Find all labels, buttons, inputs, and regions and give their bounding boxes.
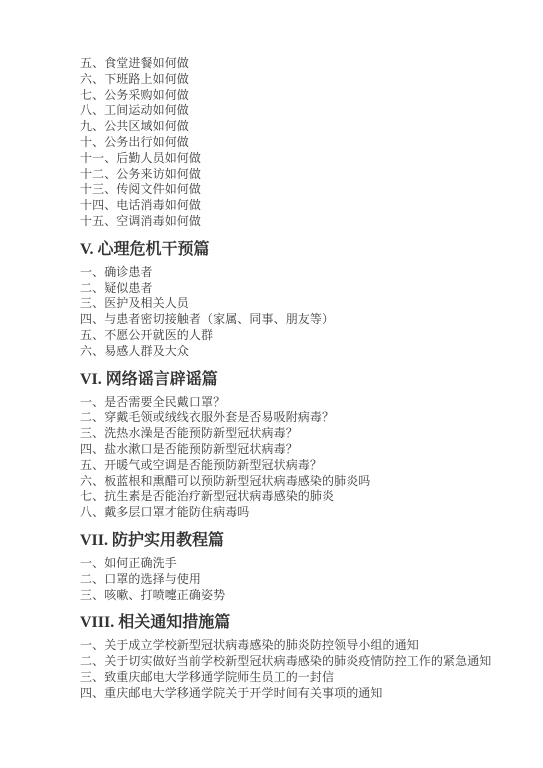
section-number: V.: [80, 241, 94, 258]
document-page: 五、食堂进餐如何做 六、下班路上如何做 七、公务采购如何做 八、工间运动如何做 …: [0, 0, 543, 768]
section-number: VI.: [80, 371, 102, 388]
list-item: 八、戴多层口罩才能防住病毒吗: [80, 505, 510, 521]
section-number: VII.: [80, 532, 108, 549]
section-list-psychological-crisis: 一、确诊患者 二、疑似患者 三、医护及相关人员 四、与患者密切接触者（家属、同事…: [80, 265, 510, 360]
list-item: 四、重庆邮电大学移通学院关于开学时间有关事项的通知: [80, 686, 510, 702]
list-item: 六、下班路上如何做: [80, 72, 510, 88]
list-item: 三、医护及相关人员: [80, 296, 510, 312]
list-item: 二、穿戴毛领或绒线衣服外套是否易吸附病毒？: [80, 410, 510, 426]
list-item: 七、抗生素是否能治疗新型冠状病毒感染的肺炎: [80, 489, 510, 505]
list-item: 五、不愿公开就医的人群: [80, 328, 510, 344]
list-item: 二、疑似患者: [80, 281, 510, 297]
list-item: 十五、空调消毒如何做: [80, 214, 510, 230]
list-item: 一、确诊患者: [80, 265, 510, 281]
section-title: 防护实用教程篇: [112, 532, 224, 549]
list-item: 三、致重庆邮电大学移通学院师生员工的一封信: [80, 670, 510, 686]
list-item: 十三、传阅文件如何做: [80, 182, 510, 198]
list-item: 十四、电话消毒如何做: [80, 198, 510, 214]
list-item: 一、如何正确洗手: [80, 556, 510, 572]
list-item: 二、关于切实做好当前学校新型冠状病毒感染的肺炎疫情防控工作的紧急通知: [80, 654, 510, 670]
list-item: 十、公务出行如何做: [80, 135, 510, 151]
document-content: 五、食堂进餐如何做 六、下班路上如何做 七、公务采购如何做 八、工间运动如何做 …: [80, 56, 510, 702]
continuation-list: 五、食堂进餐如何做 六、下班路上如何做 七、公务采购如何做 八、工间运动如何做 …: [80, 56, 510, 230]
list-item: 十一、后勤人员如何做: [80, 151, 510, 167]
list-item: 一、关于成立学校新型冠状病毒感染的肺炎防控领导小组的通知: [80, 638, 510, 654]
list-item: 五、食堂进餐如何做: [80, 56, 510, 72]
list-item: 九、公共区域如何做: [80, 119, 510, 135]
list-item: 二、口罩的选择与使用: [80, 572, 510, 588]
list-item: 十二、公务来访如何做: [80, 167, 510, 183]
list-item: 五、开暖气或空调是否能预防新型冠状病毒？: [80, 458, 510, 474]
section-title: 心理危机干预篇: [98, 241, 210, 258]
list-item: 六、易感人群及大众: [80, 344, 510, 360]
list-item: 四、盐水漱口是否能预防新型冠状病毒？: [80, 442, 510, 458]
section-heading-rumor-debunking: VI.网络谣言辟谣篇: [80, 370, 510, 390]
section-list-protection-tutorial: 一、如何正确洗手 二、口罩的选择与使用 三、咳嗽、打喷嚏正确姿势: [80, 556, 510, 603]
list-item: 三、洗热水澡是否能预防新型冠状病毒？: [80, 426, 510, 442]
list-item: 一、是否需要全民戴口罩？: [80, 395, 510, 411]
section-heading-related-notices: VIII.相关通知措施篇: [80, 613, 510, 633]
section-heading-psychological-crisis: V.心理危机干预篇: [80, 240, 510, 260]
section-list-related-notices: 一、关于成立学校新型冠状病毒感染的肺炎防控领导小组的通知 二、关于切实做好当前学…: [80, 638, 510, 701]
section-number: VIII.: [80, 614, 114, 631]
section-list-rumor-debunking: 一、是否需要全民戴口罩？ 二、穿戴毛领或绒线衣服外套是否易吸附病毒？ 三、洗热水…: [80, 395, 510, 521]
list-item: 七、公务采购如何做: [80, 88, 510, 104]
list-item: 六、板蓝根和熏醋可以预防新型冠状病毒感染的肺炎吗: [80, 474, 510, 490]
list-item: 四、与患者密切接触者（家属、同事、朋友等）: [80, 312, 510, 328]
list-item: 八、工间运动如何做: [80, 103, 510, 119]
list-item: 三、咳嗽、打喷嚏正确姿势: [80, 588, 510, 604]
section-heading-protection-tutorial: VII.防护实用教程篇: [80, 531, 510, 551]
section-title: 相关通知措施篇: [118, 614, 230, 631]
section-title: 网络谣言辟谣篇: [106, 371, 218, 388]
